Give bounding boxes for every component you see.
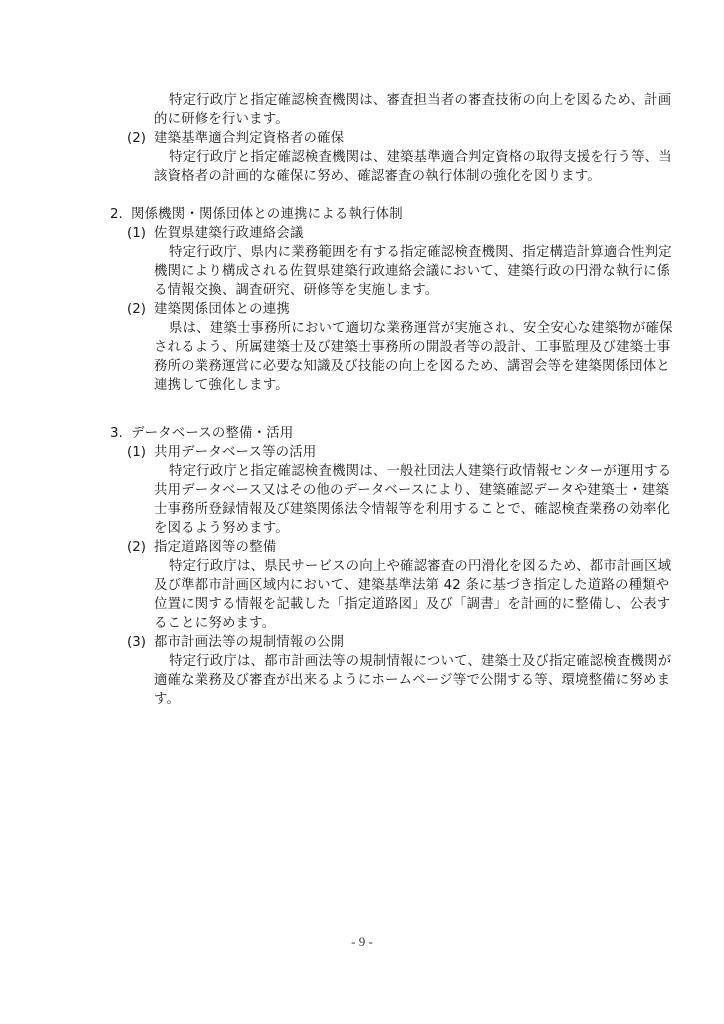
subsection-number: (3) bbox=[127, 633, 146, 652]
paragraph-line: 及び準都市計画区域内において、建築基準法第 42 条に基づき指定した道路の種類や bbox=[154, 576, 669, 595]
paragraph-line: されるよう、所属建築士及び建築士事務所の開設者等の設計、工事監理及び建築士事 bbox=[154, 338, 670, 357]
paragraph-line: 特定行政庁は、都市計画法等の規制情報について、建築士及び指定確認検査機関が bbox=[169, 652, 671, 671]
section-number: 2. bbox=[110, 205, 123, 224]
paragraph-line: 特定行政庁と指定確認検査機関は、建築基準適合判定資格の取得支援を行う等、当 bbox=[169, 148, 672, 167]
subsection-heading: 建築関係団体との連携 bbox=[154, 300, 290, 319]
subsection-heading: 都市計画法等の規制情報の公開 bbox=[154, 633, 344, 652]
paragraph-line: る情報交換、調査研究、研修等を実施します。 bbox=[154, 281, 438, 300]
paragraph-line: 士事務所登録情報及び建築関係法令情報等を利用することで、確認検査業務の効率化 bbox=[154, 500, 670, 519]
paragraph-line: 適確な業務及び審査が出来るようにホームページ等で公開する等、環境整備に努めま bbox=[154, 671, 670, 690]
subsection-heading: 佐賀県建築行政連絡会議 bbox=[154, 224, 304, 243]
paragraph-line: 特定行政庁は、県民サービスの向上や確認審査の円滑化を図るため、都市計画区域 bbox=[169, 557, 671, 576]
subsection-heading: 建築基準適合判定資格者の確保 bbox=[154, 129, 344, 148]
subsection-number: (1) bbox=[127, 443, 146, 462]
subsection-heading: 共用データベース等の活用 bbox=[154, 443, 316, 462]
paragraph-line: を図るよう努めます。 bbox=[154, 519, 289, 538]
paragraph-line: 的に研修を行います。 bbox=[154, 110, 289, 129]
subsection-number: (1) bbox=[127, 224, 146, 243]
paragraph-line: 務所の業務運営に必要な知識及び技能の向上を図るため、講習会等を建築関係団体と bbox=[154, 357, 670, 376]
paragraph-line: 共用データベース又はその他のデータベースにより、建築確認データや建築士・建築 bbox=[154, 481, 669, 500]
paragraph-line: 特定行政庁と指定確認検査機関は、一般社団法人建築行政情報センターが運用する bbox=[169, 462, 671, 481]
subsection-number: (2) bbox=[127, 538, 146, 557]
section-heading: データベースの整備・活用 bbox=[131, 424, 293, 443]
paragraph-line: 機関により構成される佐賀県建築行政連絡会議において、建築行政の円滑な執行に係 bbox=[154, 262, 670, 281]
paragraph-line: 県は、建築士事務所において適切な業務運営が実施され、安全安心な建築物が確保 bbox=[169, 319, 673, 338]
paragraph-line: す。 bbox=[154, 690, 180, 709]
subsection-number: (2) bbox=[127, 129, 146, 148]
page-number: - 9 - bbox=[0, 934, 724, 950]
section-heading: 関係機関・関係団体との連携による執行体制 bbox=[131, 205, 403, 224]
paragraph-line: 位置に関する情報を記載した「指定道路図」及び「調書」を計画的に整備し、公表す bbox=[154, 595, 670, 614]
paragraph-line: 連携して強化します。 bbox=[154, 376, 289, 395]
paragraph-line: 特定行政庁、県内に業務範囲を有する指定確認検査機関、指定構造計算適合性判定 bbox=[169, 243, 672, 262]
paragraph-line: 特定行政庁と指定確認検査機関は、審査担当者の審査技術の向上を図るため、計画 bbox=[169, 91, 671, 110]
paragraph-line: 該資格者の計画的な確保に努め、確認審査の執行体制の強化を図ります。 bbox=[154, 167, 601, 186]
subsection-heading: 指定道路図等の整備 bbox=[154, 538, 276, 557]
document-page: 特定行政庁と指定確認検査機関は、審査担当者の審査技術の向上を図るため、計画的に研… bbox=[0, 0, 724, 1024]
subsection-number: (2) bbox=[127, 300, 146, 319]
paragraph-line: ることに努めます。 bbox=[154, 614, 275, 633]
section-number: 3. bbox=[110, 424, 123, 443]
